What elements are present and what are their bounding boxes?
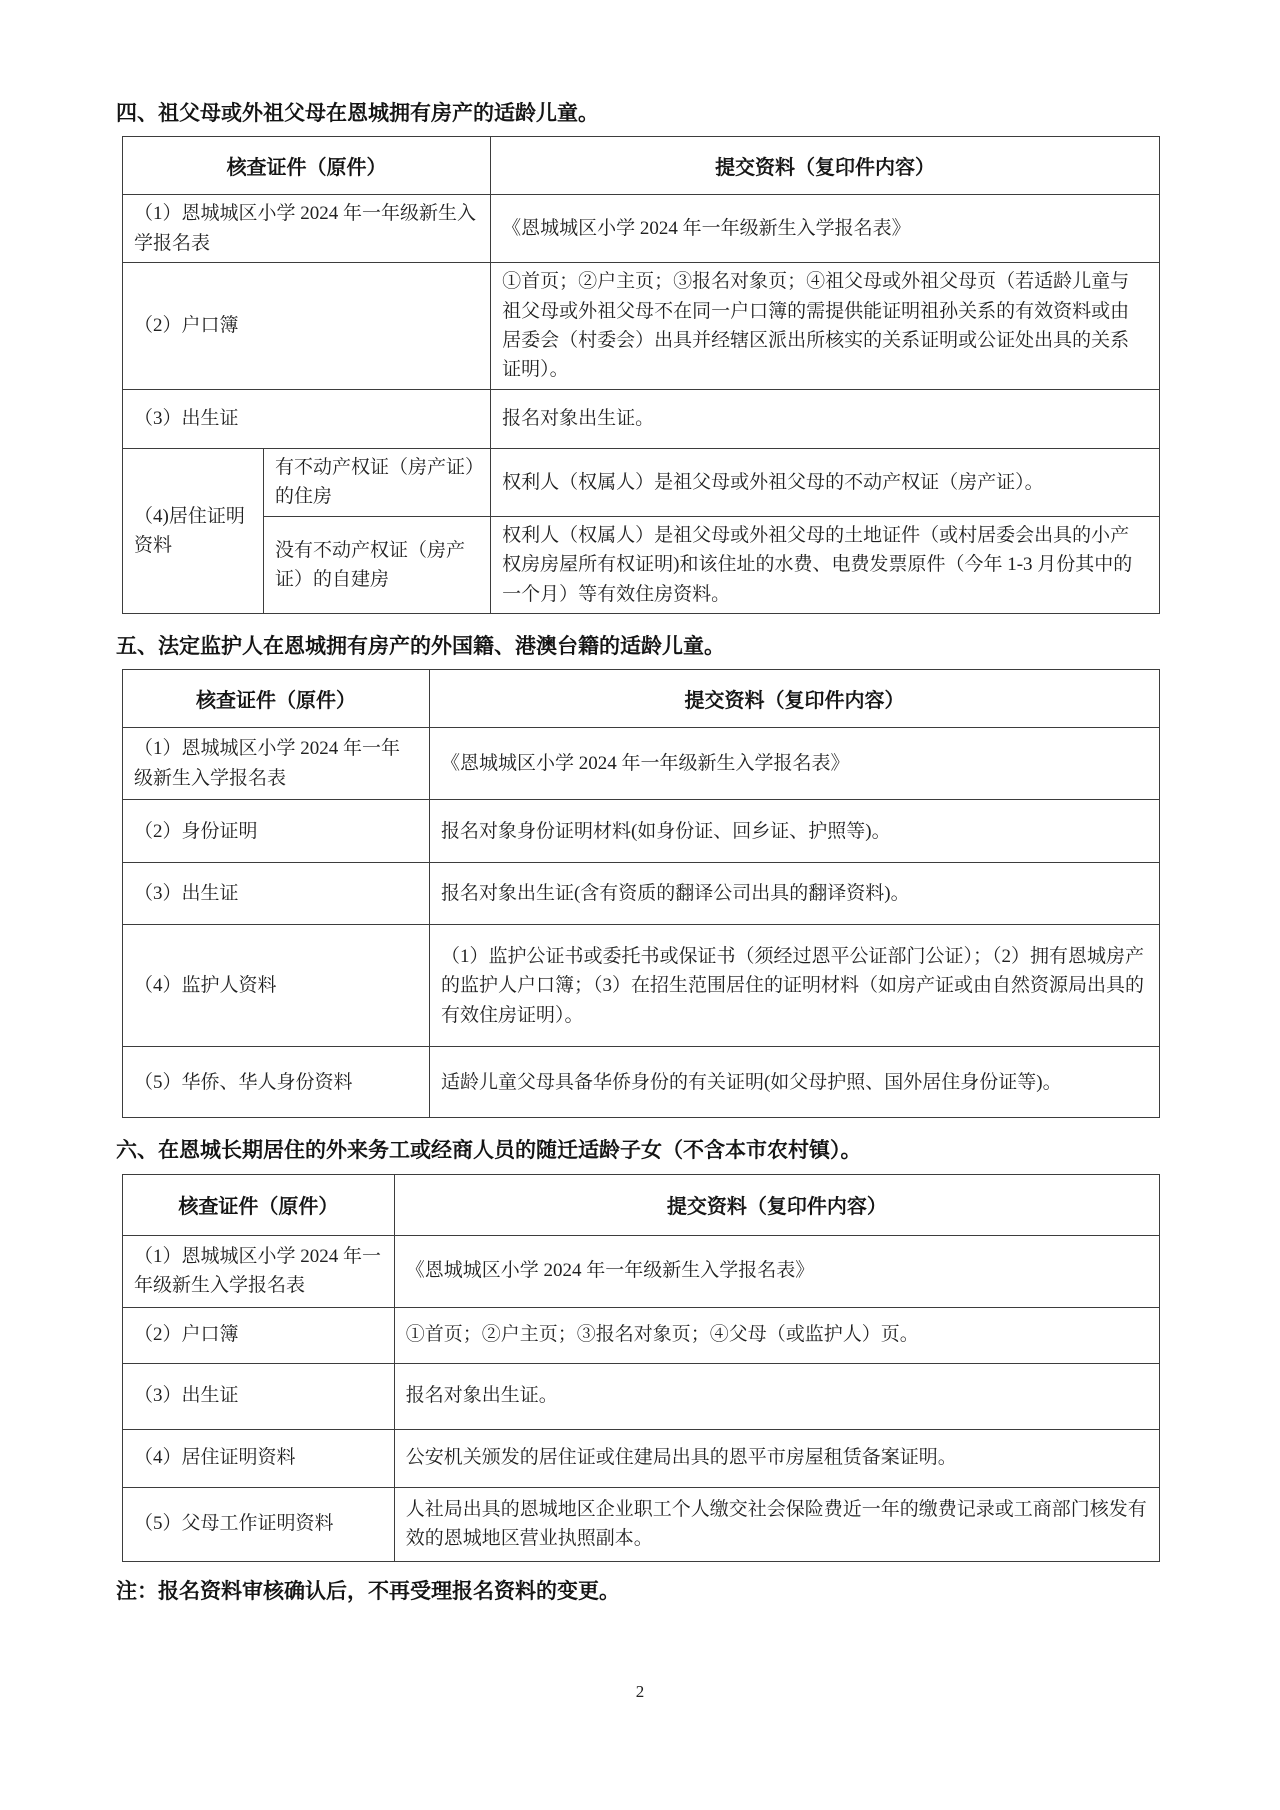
cert-cell: （1）恩城城区小学 2024 年一年级新生入学报名表 bbox=[123, 1235, 395, 1307]
cert-column-header: 核查证件（原件） bbox=[123, 670, 430, 728]
doc-column-header: 提交资料（复印件内容） bbox=[429, 670, 1159, 728]
cert-cell: （5）华侨、华人身份资料 bbox=[123, 1047, 430, 1118]
cert-cell: （3）出生证 bbox=[123, 389, 491, 448]
doc-cell: ①首页；②户主页；③报名对象页；④父母（或监护人）页。 bbox=[394, 1307, 1159, 1363]
cert-cell: （2）户口簿 bbox=[123, 1307, 395, 1363]
table-row: （3）出生证 报名对象出生证。 bbox=[123, 1363, 1160, 1429]
doc-cell: 适龄儿童父母具备华侨身份的有关证明(如父母护照、国外居住身份证等)。 bbox=[429, 1047, 1159, 1118]
footer-note: 注：报名资料审核确认后，不再受理报名资料的变更。 bbox=[116, 1575, 1160, 1605]
table-row: （2）身份证明 报名对象身份证明材料(如身份证、回乡证、护照等)。 bbox=[123, 800, 1160, 863]
page-number: 2 bbox=[0, 1682, 1280, 1702]
table-row: （5）华侨、华人身份资料 适龄儿童父母具备华侨身份的有关证明(如父母护照、国外居… bbox=[123, 1047, 1160, 1118]
doc-cell: 《恩城城区小学 2024 年一年级新生入学报名表》 bbox=[429, 728, 1159, 800]
doc-cell: 公安机关颁发的居住证或住建局出具的恩平市房屋租赁备案证明。 bbox=[394, 1429, 1159, 1487]
requirements-table-six: 核查证件（原件） 提交资料（复印件内容） （1）恩城城区小学 2024 年一年级… bbox=[122, 1174, 1160, 1562]
table-row: 没有不动产权证（房产证）的自建房 权利人（权属人）是祖父母或外祖父母的土地证件（… bbox=[123, 516, 1160, 613]
doc-cell: 报名对象出生证(含有资质的翻译公司出具的翻译资料)。 bbox=[429, 863, 1159, 925]
doc-cell: 报名对象出生证。 bbox=[394, 1363, 1159, 1429]
table-row: （2）户口簿 ①首页；②户主页；③报名对象页；④祖父母或外祖父母页（若适龄儿童与… bbox=[123, 263, 1160, 390]
cert-cell: （2）户口簿 bbox=[123, 263, 491, 390]
section-five: 五、法定监护人在恩城拥有房产的外国籍、港澳台籍的适龄儿童。 核查证件（原件） 提… bbox=[122, 633, 1160, 1118]
table-row: （1）恩城城区小学 2024 年一年级新生入学报名表 《恩城城区小学 2024 … bbox=[123, 728, 1160, 800]
document-content: 四、祖父母或外祖父母在恩城拥有房产的适龄儿童。 核查证件（原件） 提交资料（复印… bbox=[122, 100, 1160, 1605]
doc-cell: 《恩城城区小学 2024 年一年级新生入学报名表》 bbox=[491, 195, 1160, 263]
cert-cell: （4）监护人资料 bbox=[123, 925, 430, 1047]
housing-type-cell: 有不动产权证（房产证）的住房 bbox=[264, 448, 491, 516]
section-heading: 五、法定监护人在恩城拥有房产的外国籍、港澳台籍的适龄儿童。 bbox=[116, 633, 1160, 660]
table-row: （2）户口簿 ①首页；②户主页；③报名对象页；④父母（或监护人）页。 bbox=[123, 1307, 1160, 1363]
doc-column-header: 提交资料（复印件内容） bbox=[491, 137, 1160, 195]
doc-cell: 人社局出具的恩城地区企业职工个人缴交社会保险费近一年的缴费记录或工商部门核发有效… bbox=[394, 1487, 1159, 1561]
table-row: （1）恩城城区小学 2024 年一年级新生入学报名表 《恩城城区小学 2024 … bbox=[123, 195, 1160, 263]
doc-cell: （1）监护公证书或委托书或保证书（须经过恩平公证部门公证）；（2）拥有恩城房产的… bbox=[429, 925, 1159, 1047]
cert-cell: （1）恩城城区小学 2024 年一年级新生入学报名表 bbox=[123, 195, 491, 263]
table-row: （4）居住证明资料 公安机关颁发的居住证或住建局出具的恩平市房屋租赁备案证明。 bbox=[123, 1429, 1160, 1487]
requirements-table-five: 核查证件（原件） 提交资料（复印件内容） （1）恩城城区小学 2024 年一年级… bbox=[122, 669, 1160, 1118]
doc-cell: 《恩城城区小学 2024 年一年级新生入学报名表》 bbox=[394, 1235, 1159, 1307]
cert-cell: （1）恩城城区小学 2024 年一年级新生入学报名表 bbox=[123, 728, 430, 800]
cert-cell: （5）父母工作证明资料 bbox=[123, 1487, 395, 1561]
table-header-row: 核查证件（原件） 提交资料（复印件内容） bbox=[123, 1174, 1160, 1235]
doc-column-header: 提交资料（复印件内容） bbox=[394, 1174, 1159, 1235]
table-row: （1）恩城城区小学 2024 年一年级新生入学报名表 《恩城城区小学 2024 … bbox=[123, 1235, 1160, 1307]
table-header-row: 核查证件（原件） 提交资料（复印件内容） bbox=[123, 137, 1160, 195]
table-row: （5）父母工作证明资料 人社局出具的恩城地区企业职工个人缴交社会保险费近一年的缴… bbox=[123, 1487, 1160, 1561]
requirements-table-four: 核查证件（原件） 提交资料（复印件内容） （1）恩城城区小学 2024 年一年级… bbox=[122, 136, 1160, 614]
section-heading: 四、祖父母或外祖父母在恩城拥有房产的适龄儿童。 bbox=[116, 100, 1160, 127]
cert-cell: （2）身份证明 bbox=[123, 800, 430, 863]
section-six: 六、在恩城长期居住的外来务工或经商人员的随迁适龄子女（不含本市农村镇）。 核查证… bbox=[122, 1137, 1160, 1561]
doc-cell: 报名对象身份证明材料(如身份证、回乡证、护照等)。 bbox=[429, 800, 1159, 863]
doc-cell: ①首页；②户主页；③报名对象页；④祖父母或外祖父母页（若适龄儿童与祖父母或外祖父… bbox=[491, 263, 1160, 390]
cert-column-header: 核查证件（原件） bbox=[123, 1174, 395, 1235]
doc-cell: 权利人（权属人）是祖父母或外祖父母的土地证件（或村居委会出具的小产权房房屋所有权… bbox=[491, 516, 1160, 613]
doc-cell: 报名对象出生证。 bbox=[491, 389, 1160, 448]
table-row: （4)居住证明资料 有不动产权证（房产证）的住房 权利人（权属人）是祖父母或外祖… bbox=[123, 448, 1160, 516]
section-four: 四、祖父母或外祖父母在恩城拥有房产的适龄儿童。 核查证件（原件） 提交资料（复印… bbox=[122, 100, 1160, 614]
table-row: （4）监护人资料 （1）监护公证书或委托书或保证书（须经过恩平公证部门公证）；（… bbox=[123, 925, 1160, 1047]
cert-cell: （3）出生证 bbox=[123, 1363, 395, 1429]
table-header-row: 核查证件（原件） 提交资料（复印件内容） bbox=[123, 670, 1160, 728]
group-label-cell: （4)居住证明资料 bbox=[123, 448, 264, 613]
section-heading: 六、在恩城长期居住的外来务工或经商人员的随迁适龄子女（不含本市农村镇）。 bbox=[116, 1137, 1160, 1164]
cert-column-header: 核查证件（原件） bbox=[123, 137, 491, 195]
housing-type-cell: 没有不动产权证（房产证）的自建房 bbox=[264, 516, 491, 613]
table-row: （3）出生证 报名对象出生证。 bbox=[123, 389, 1160, 448]
cert-cell: （4）居住证明资料 bbox=[123, 1429, 395, 1487]
cert-cell: （3）出生证 bbox=[123, 863, 430, 925]
doc-cell: 权利人（权属人）是祖父母或外祖父母的不动产权证（房产证）。 bbox=[491, 448, 1160, 516]
table-row: （3）出生证 报名对象出生证(含有资质的翻译公司出具的翻译资料)。 bbox=[123, 863, 1160, 925]
